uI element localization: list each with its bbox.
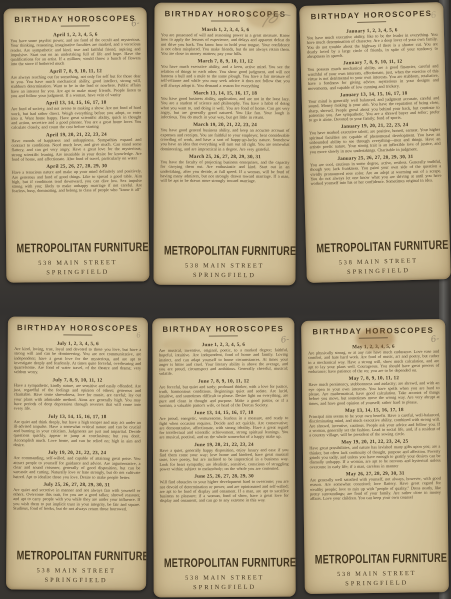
company-street: 538 MAIN STREET [13,258,143,267]
horoscope-text: You have good business ability, applicat… [161,96,290,120]
company-name: METROPOLITAN FURNITURE CO. [16,240,138,256]
horoscope-text: Are physically strong, or at any rate ha… [308,349,439,374]
company-street: 538 MAIN STREET [160,262,289,270]
horoscope-section: March 7, 8, 9, 10, 11, 12 You have much … [161,56,290,88]
company-city: SPRINGFIELD [13,268,143,277]
title-rule [359,337,388,338]
horoscope-section: January 1, 2, 3, 4, 5, 6 You have much e… [306,24,438,59]
horoscope-card-may: 6- BIRTHDAY HOROSCOPES May 1, 2, 3, 4, 5… [301,319,449,594]
horoscope-section: June 13, 14, 15, 16, 17, 18 Are proud, e… [159,407,288,439]
advertiser-footer: METROPOLITAN FURNITURE CO. 538 MAIN STRE… [12,239,142,277]
company-street: 538 MAIN STREET [13,567,140,575]
horoscope-text: You are possessed of will and reasoning … [161,33,290,57]
pencil-grade-mark: 6- [430,334,440,345]
horoscope-section: July 25, 26, 27, 28, 29, 30, 31 Are quie… [13,479,140,512]
horoscope-section: July 13, 14, 15, 16, 17, 18 Are quiet an… [14,411,141,448]
horoscope-text: Are commanding, self-willed, and capable… [13,456,140,480]
horoscope-section: May 19, 20, 21, 22, 23, 24, 25 Have grea… [309,436,440,470]
horoscope-text: Are quiet and secretive in manner and no… [13,487,140,511]
date-range-heading: March 13, 14, 15, 16, 17, 18 [161,90,290,96]
horoscope-section: June 1, 2, 3, 4, 5, 6 Are musical, inven… [159,339,288,376]
company-name: METROPOLITAN FURNITURE CO. [316,238,440,256]
company-name: METROPOLITAN FURNITURE CO. [164,244,285,259]
company-city: SPRINGFIELD [311,579,442,588]
date-range-heading: March 25, 26, 27, 28, 29, 30, 31 [160,154,289,160]
horoscope-text: You have the faculty of projecting busin… [160,160,289,184]
horoscope-card-april: 6- BIRTHDAY HOROSCOPES April 1, 2, 3, 4,… [4,7,150,282]
horoscope-section: June 7, 8, 9, 10, 11, 12 Are forceful, b… [159,376,288,408]
horoscope-section: May 26, 27, 28, 29, 30, 31 Are generally… [310,468,441,502]
pencil-grade-mark: 6- [131,18,141,29]
horoscope-section: March 13, 14, 15, 16, 17, 18 You have go… [161,88,290,120]
horoscope-text: Are forceful, but quiet and tardy; profo… [159,384,288,408]
card-title: BIRTHDAY HOROSCOPES [159,325,288,335]
horoscope-text: Have a sympathetic, kindly nature, are s… [14,383,141,412]
date-range-heading: March 19, 20, 21, 22, 23, 24 [161,122,290,128]
horoscope-section: March 19, 20, 21, 22, 23, 24 You have go… [160,120,289,152]
title-rule [211,20,240,21]
pencil-grade-mark: 6 [136,331,141,340]
card-title: BIRTHDAY HOROSCOPES [306,9,437,22]
card-title: BIRTHDAY HOROSCOPES [10,14,140,24]
horoscope-section: March 25, 26, 27, 28, 29, 30, 31 You hav… [160,151,289,183]
company-city: SPRINGFIELD [13,576,140,584]
company-name: METROPOLITAN FURNITURE CO. [164,556,285,571]
horoscope-section: April 13, 14, 15, 16, 17, 18 Are fond of… [11,97,141,130]
horoscope-section: June 25, 26, 27, 28, 29, 30 Will find ob… [160,471,289,503]
company-name: METROPOLITAN FURNITURE CO. [17,548,136,564]
horoscope-text: Are generally well satisfied with yourse… [310,476,441,501]
title-rule [357,21,386,23]
horoscope-section: July 7, 8, 9, 10, 11, 12 Have a sympathe… [14,374,141,411]
horoscope-text: Will find obstacles to your higher devel… [160,479,289,503]
horoscope-text: Are musical, inventive, original, poetic… [159,348,288,377]
horoscope-section: April 1, 2, 3, 4, 5, 6 You have some psy… [10,29,140,67]
horoscope-text: Have a quiet, generally happy dispositio… [159,448,288,472]
horoscope-text: Are proud, energetic, venturesome, fearl… [159,416,288,440]
advertiser-footer: METROPOLITAN FURNITURE CO. 538 MAIN STRE… [160,554,289,591]
horoscope-text: Principal aim seems to be your own benef… [309,413,440,438]
company-city: SPRINGFIELD [160,271,289,279]
title-rule [63,334,92,335]
horoscope-text: You have much executive ability, and a k… [161,65,290,89]
card-title: BIRTHDAY HOROSCOPES [308,326,439,337]
horoscope-card-march: BIRTHDAY HOROSCOPES March 1, 2, 3, 4, 5,… [154,3,297,285]
horoscope-text: Are always reaching out for something, n… [11,74,141,99]
horoscope-text: You are cool, cautious in some degree, a… [310,159,442,186]
horoscope-card-july: 6 BIRTHDAY HOROSCOPES July 1, 2, 3, 4, 5… [6,317,148,591]
horoscope-text: Have much persistency, stubbornness and … [308,381,439,406]
horoscope-section: January 13, 14, 15, 16, 17, 18 Your mind… [308,87,440,122]
horoscope-text: Are kind, loving, true, loyal and devote… [14,347,141,376]
card-title: BIRTHDAY HOROSCOPES [14,324,141,334]
title-rule [209,335,238,336]
horoscope-section: May 1, 2, 3, 4, 5, 6 Are physically stro… [308,341,439,375]
horoscope-text: Are fond of society, and not averse to m… [11,105,141,130]
horoscope-section: May 7, 8, 9, 10, 11, 12 Have much persis… [308,372,439,406]
date-range-heading: March 7, 8, 9, 10, 11, 12 [161,59,290,65]
company-city: SPRINGFIELD [160,583,289,591]
horoscope-text: Have a tenacious nature and make up your… [12,169,142,194]
horoscope-text: You have good general business ability, … [160,128,289,152]
company-street: 538 MAIN STREET [160,574,289,582]
company-street: 538 MAIN STREET [311,569,442,578]
horoscope-card-january: 6 BIRTHDAY HOROSCOPES January 1, 2, 3, 4… [299,2,451,283]
horoscope-text: Have great possibilities, and nature has… [309,444,440,469]
advertiser-footer: METROPOLITAN FURNITURE CO. 538 MAIN STRE… [13,547,140,584]
horoscope-section: April 25, 26, 27, 28, 29, 30 Have a tena… [12,160,142,193]
advertiser-footer: METROPOLITAN FURNITURE CO. 538 MAIN STRE… [311,550,442,588]
pencil-scribble-mark [260,10,292,30]
company-city: SPRINGFIELD [313,266,444,277]
horoscope-section: June 19, 20, 21, 22, 23, 24 Have a quiet… [159,439,288,471]
pencil-grade-mark: 6- [280,334,290,345]
horoscope-text: You have some psychic power, and are fon… [10,37,140,66]
photo-background: 6- BIRTHDAY HOROSCOPES April 1, 2, 3, 4,… [0,0,451,599]
horoscope-section: January 19, 20, 21, 22, 23, 24 You have … [309,119,441,154]
advertiser-footer: METROPOLITAN FURNITURE CO. 538 MAIN STRE… [312,237,444,277]
horoscope-section: January 7, 8, 9, 10, 11, 12 You possess … [307,55,439,90]
horoscope-section: April 7, 8, 9, 10, 11, 12 Are always rea… [11,65,141,98]
horoscope-text: Are quiet and think deeply, but have a h… [14,419,141,448]
horoscope-section: May 13, 14, 15, 16, 17, 18 Principal aim… [309,404,440,438]
horoscope-section: January 25, 26, 27, 28, 29, 30, 31 You a… [310,151,442,186]
horoscope-text: Have moods of happiness and unhappiness.… [11,137,141,162]
advertiser-footer: METROPOLITAN FURNITURE CO. 538 MAIN STRE… [160,242,289,279]
horoscope-section: July 19, 20, 21, 22, 23, 24 Are commandi… [13,447,140,480]
title-rule [61,25,90,26]
horoscope-card-june: 6- BIRTHDAY HOROSCOPES June 1, 2, 3, 4, … [152,318,295,598]
horoscope-section: July 1, 2, 3, 4, 5, 6 Are kind, loving, … [14,338,141,375]
company-name: METROPOLITAN FURNITURE CO. [315,551,438,567]
horoscope-section: April 19, 20, 21, 22, 23, 24 Have moods … [11,129,141,162]
